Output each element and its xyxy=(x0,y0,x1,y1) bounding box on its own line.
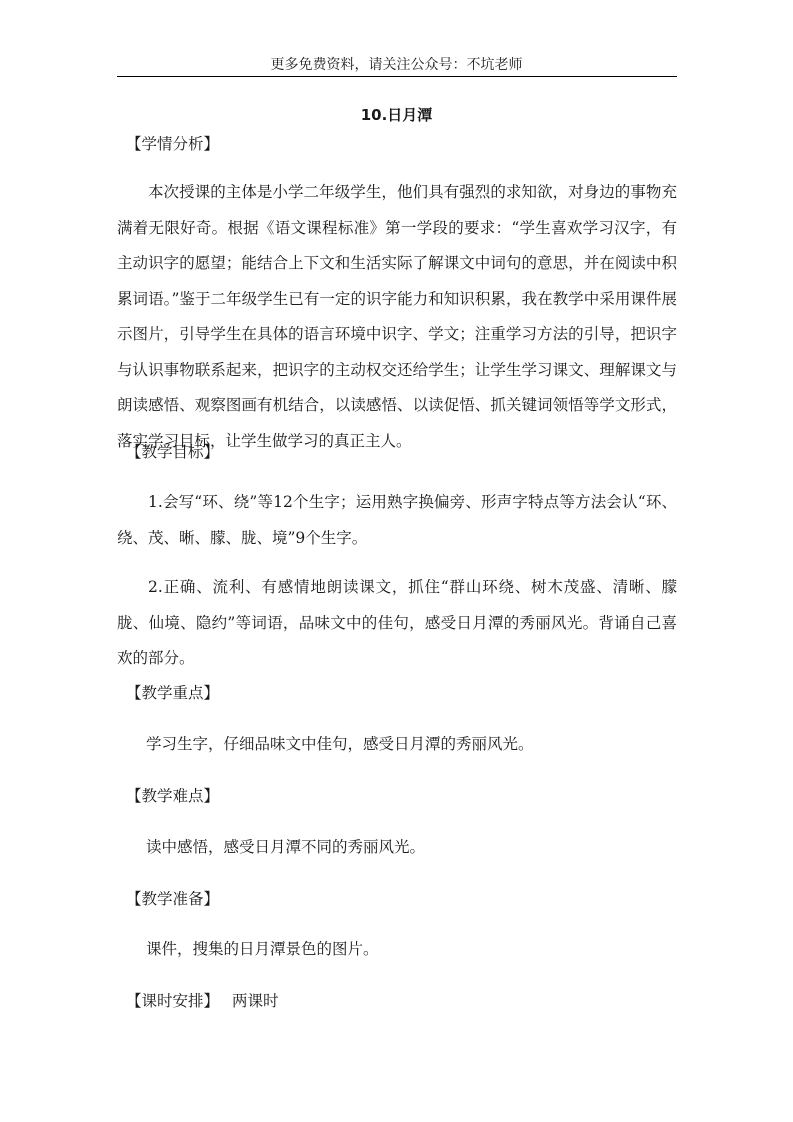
paragraph-key-points: 学习生字，仔细品味文中佳句，感受日月潭的秀丽风光。 xyxy=(146,727,706,763)
section-heading-key-points: 【教学重点】 xyxy=(126,682,686,704)
section-heading-difficulties: 【教学难点】 xyxy=(126,785,686,807)
schedule-value: 两课时 xyxy=(232,992,279,1010)
paragraph-objective-2: 2.正确、流利、有感情地朗读课文，抓住“群山环绕、树木茂盛、清晰、朦胧、仙境、隐… xyxy=(117,570,677,677)
paragraph-difficulties: 读中感悟，感受日月潭不同的秀丽风光。 xyxy=(146,830,706,866)
section-heading-teaching-objectives: 【教学目标】 xyxy=(126,441,686,463)
paragraph-preparation: 课件，搜集的日月潭景色的图片。 xyxy=(146,932,706,968)
section-heading-schedule: 【课时安排】 xyxy=(126,992,219,1010)
paragraph-learning-analysis: 本次授课的主体是小学二年级学生，他们具有强烈的求知欲，对身边的事物充满着无限好奇… xyxy=(117,175,677,459)
section-schedule: 【课时安排】 两课时 xyxy=(126,990,686,1012)
paragraph-objective-1: 1.会写“环、绕”等12个生字；运用熟字换偏旁、形声字特点等方法会认“环、绕、茂… xyxy=(117,485,677,556)
page-header: 更多免费资料，请关注公众号：不坑老师 xyxy=(0,55,793,75)
document-title: 10.日月潭 xyxy=(0,104,793,126)
section-heading-preparation: 【教学准备】 xyxy=(126,888,686,910)
section-heading-learning-analysis: 【学情分析】 xyxy=(126,133,686,155)
header-divider xyxy=(117,76,677,77)
